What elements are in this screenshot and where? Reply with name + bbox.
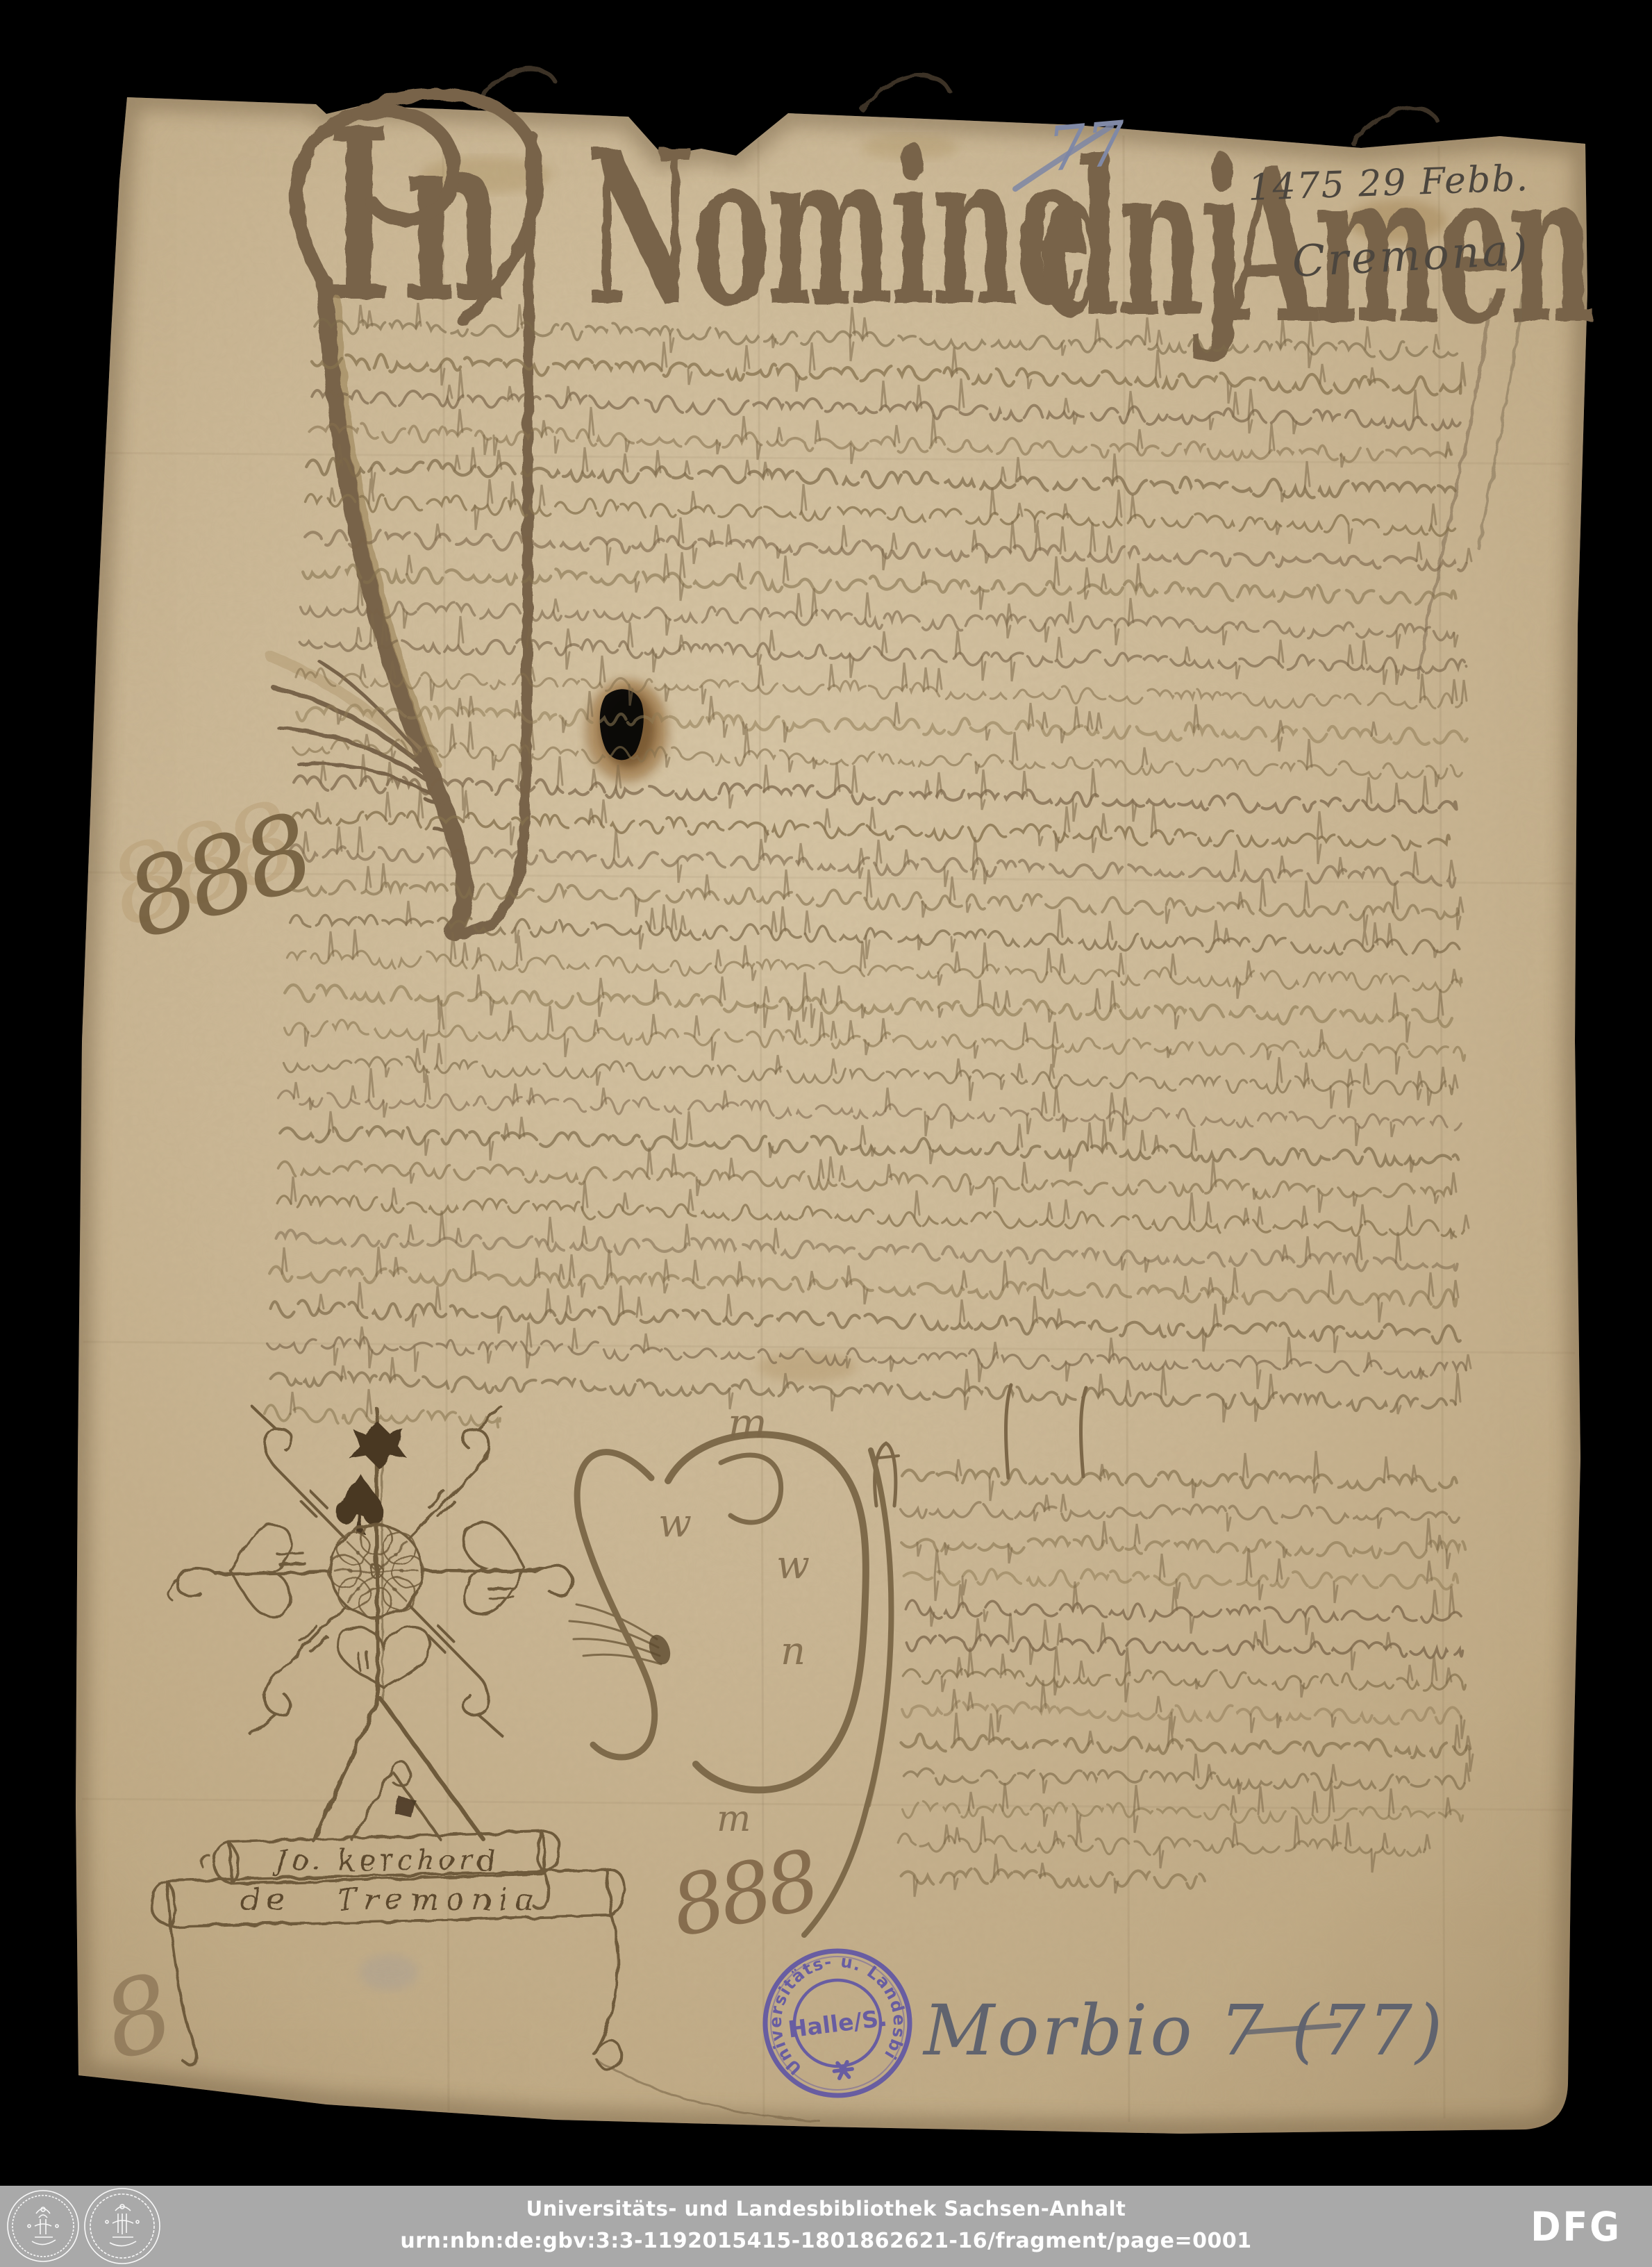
shelfmark-suffix: )	[1414, 1990, 1445, 2071]
banner-name-line2: de Tremonia	[240, 1882, 540, 1918]
monogram-letter: w	[658, 1501, 692, 1546]
banner-name-line1: Jo. kerchord	[272, 1845, 499, 1877]
monogram-letter: w	[776, 1543, 810, 1588]
monogram-letter: n	[781, 1629, 806, 1674]
monogram-letter: m	[717, 1798, 751, 1840]
shelfmark-annotation: Morbio 7 (77)	[922, 1990, 1445, 2071]
monogram-letter: m	[728, 1400, 767, 1448]
dfg-logo: DFG	[1530, 2203, 1621, 2250]
viewer-stage: In Nomine dnj Amen 888 888	[0, 0, 1652, 2267]
library-name: Universitäts- und Landesbibliothek Sachs…	[0, 2197, 1652, 2220]
folio-number-pencil: 77	[1045, 108, 1129, 185]
footer-bar: Universitäts- und Landesbibliothek Sachs…	[0, 2186, 1652, 2267]
heading-word-nomine: Nomine	[587, 104, 1087, 354]
manuscript-scan: In Nomine dnj Amen 888 888	[0, 0, 1652, 2186]
shelfmark-struck-number: 77	[1321, 1990, 1415, 2071]
footer-text: Universitäts- und Landesbibliothek Sachs…	[0, 2186, 1652, 2267]
urn-identifier: urn:nbn:de:gbv:3:3-1192015415-1801862621…	[0, 2229, 1652, 2253]
parchment-hole	[585, 679, 669, 782]
